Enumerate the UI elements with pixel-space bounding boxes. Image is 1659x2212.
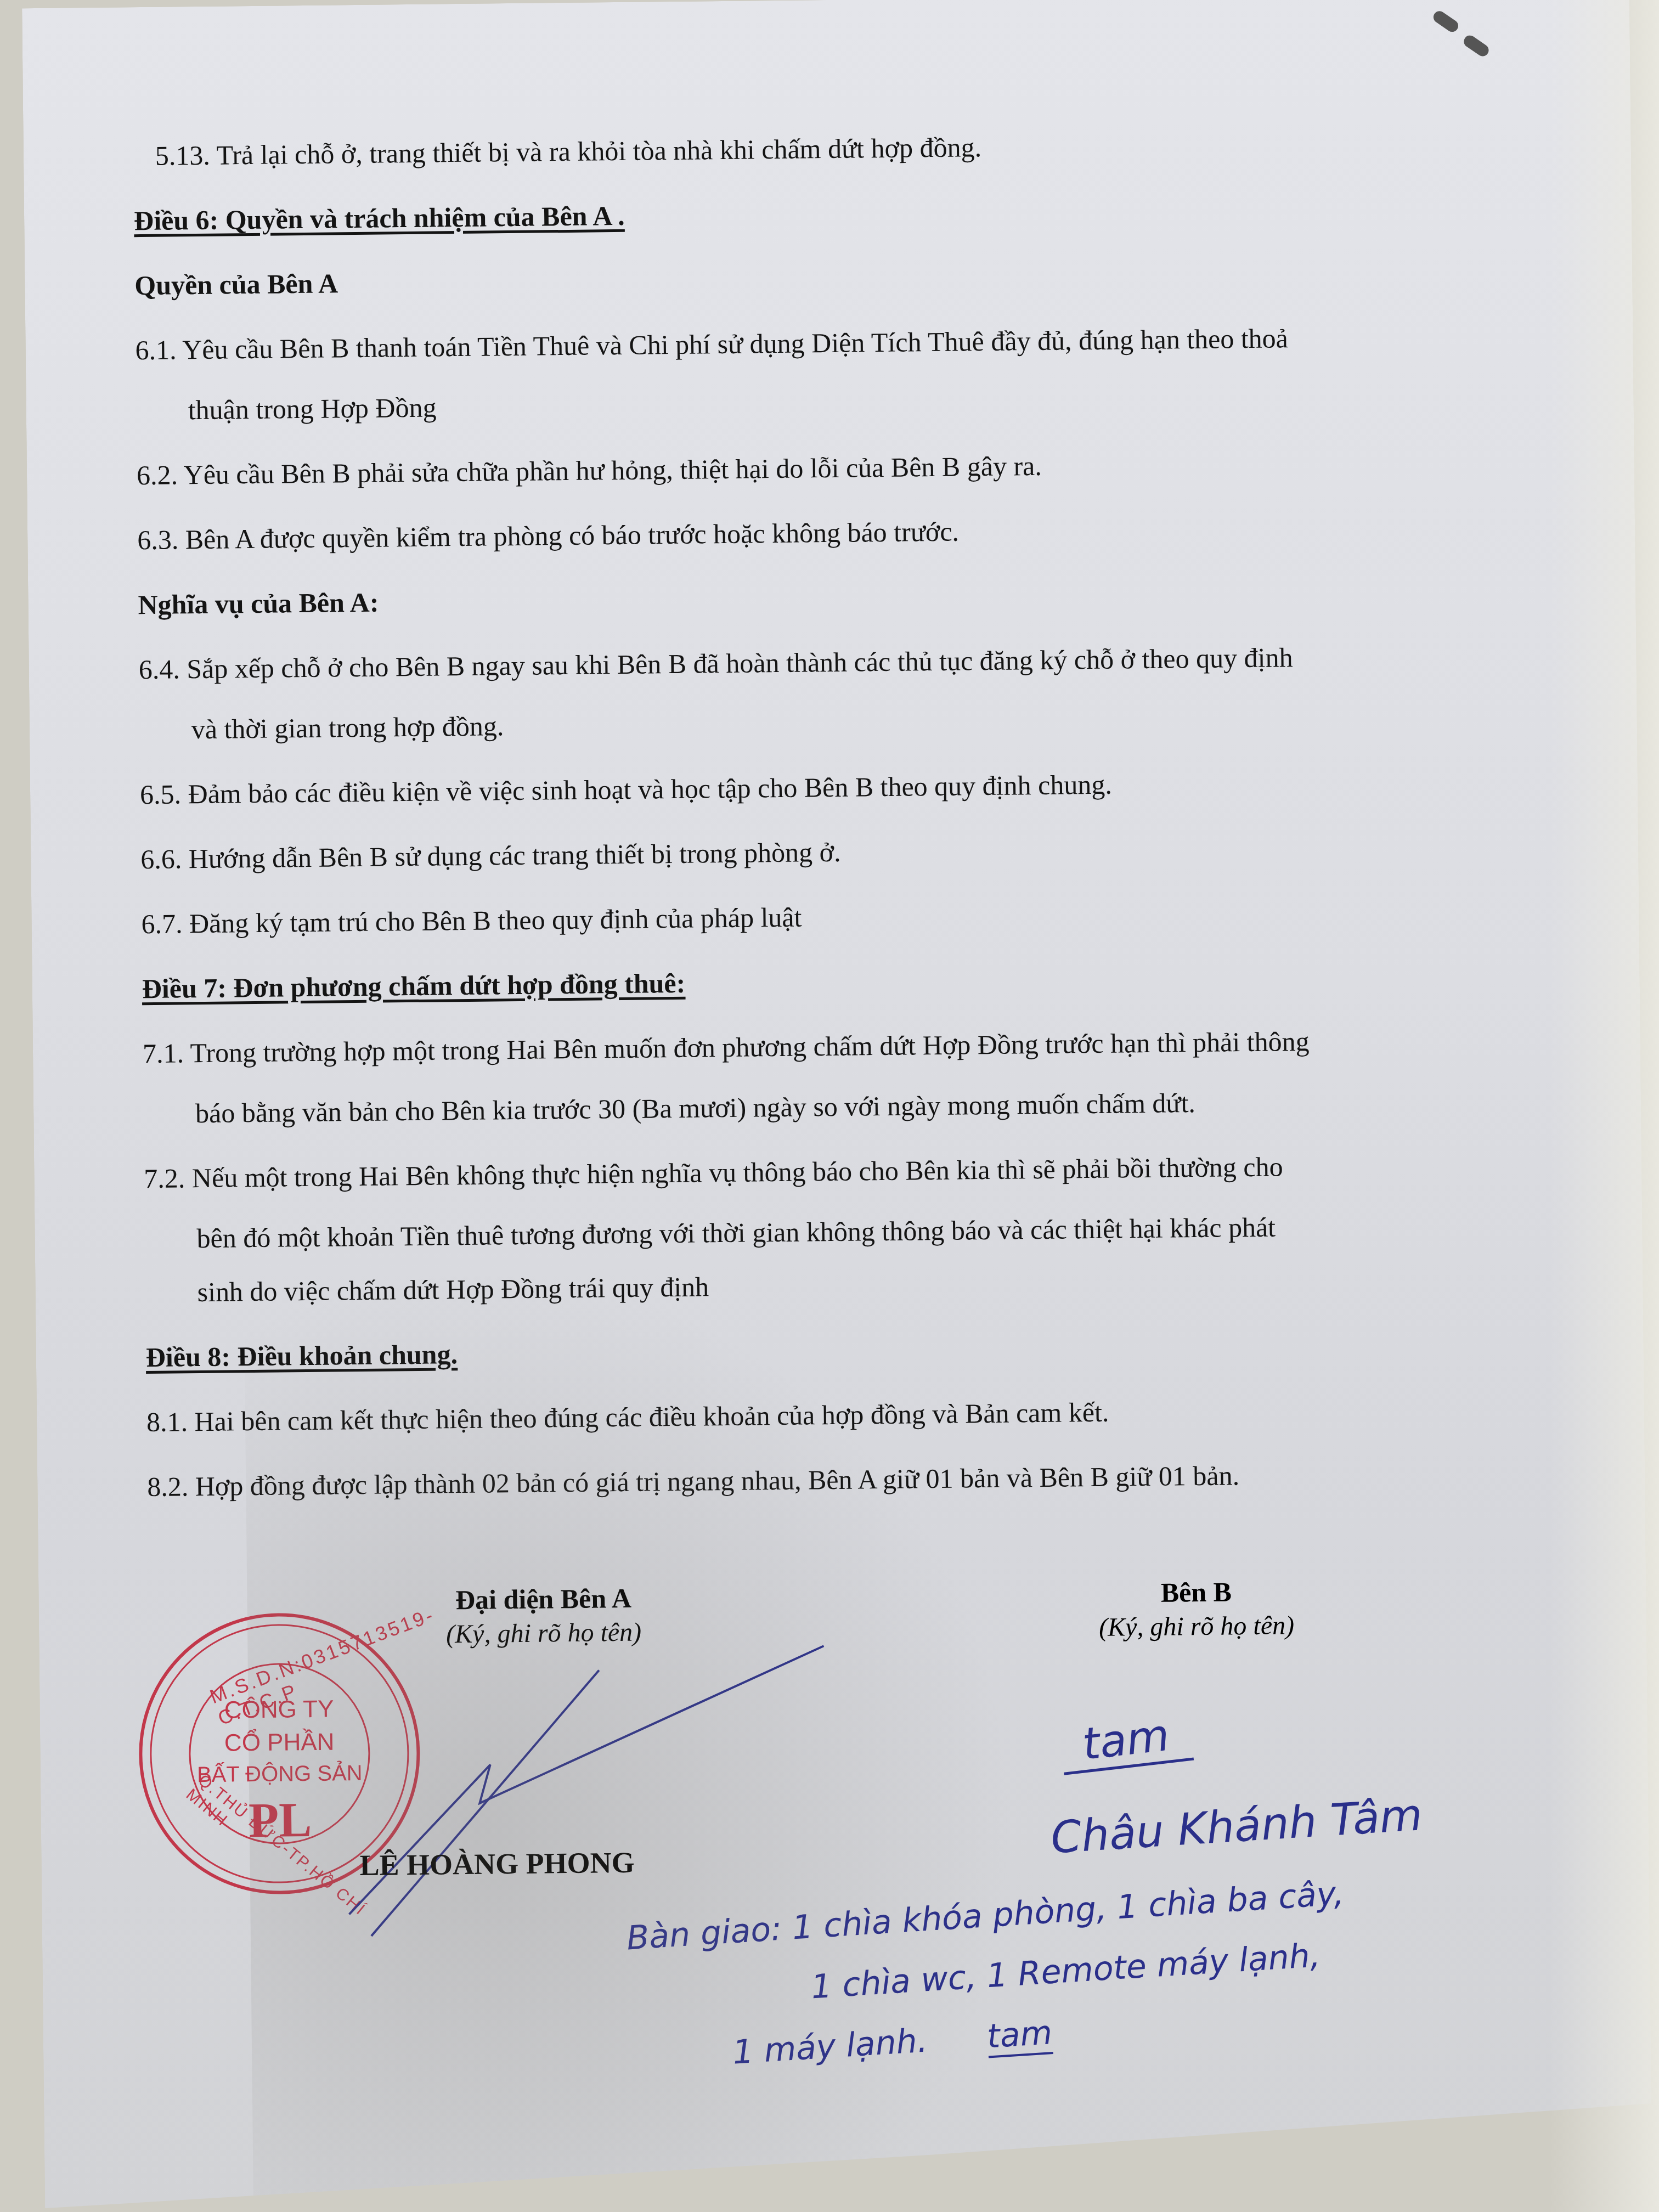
article-7-heading: Điều 7: Đơn phương chấm dứt hợp đồng thu… [142,957,1514,1006]
clause-5-13: 5.13. Trả lại chỗ ở, trang thiết bị và r… [133,125,1505,173]
staple-mark [1462,33,1491,58]
document-page: 5.13. Trả lại chỗ ở, trang thiết bị và r… [22,0,1652,2208]
handover-initial: tam [986,2013,1053,2058]
clause-6-4: 6.4. Sắp xếp chỗ ở cho Bên B ngay sau kh… [138,638,1511,747]
clause-6-6: 6.6. Hướng dẫn Bên B sử dụng các trang t… [140,828,1513,876]
article-8-heading: Điều 8: Điều khoản chung. [146,1326,1518,1374]
clause-6-2: 6.2. Yêu cầu Bên B phải sửa chữa phần hư… [137,444,1509,492]
contract-body: 5.13. Trả lại chỗ ở, trang thiết bị và r… [133,125,1520,1534]
clause-8-2: 8.2. Hợp đồng được lập thành 02 bản có g… [147,1455,1519,1504]
clause-7-2: 7.2. Nếu một trong Hai Bên không thực hi… [144,1147,1517,1310]
clause-6-3: 6.3. Bên A được quyền kiểm tra phòng có … [137,509,1509,557]
party-b-note: (Ký, ghi rõ họ tên) [1059,1610,1334,1643]
background-edge [1549,0,1659,2212]
clause-6-5: 6.5. Đảm bảo các điều kiện về việc sinh … [140,763,1512,811]
clause-8-1: 8.1. Hai bên cam kết thực hiện theo đúng… [146,1391,1519,1439]
clause-6-1: 6.1. Yêu cầu Bên B thanh toán Tiền Thuê … [135,319,1508,427]
clause-7-1: 7.1. Trong trường hợp một trong Hai Bên … [143,1022,1515,1131]
party-b-signature-block: Bên B (Ký, ghi rõ họ tên) [1059,1575,1334,1643]
party-a-name: LÊ HOÀNG PHONG [359,1846,635,1882]
article-6-heading: Điều 6: Quyền và trách nhiệm của Bên A . [134,189,1506,238]
signature-section: Đại diện Bên A (Ký, ghi rõ họ tên) M.S.D… [148,1572,1579,2081]
party-b-handwritten-name: Châu Khánh Tâm [1049,1789,1424,1863]
staple-mark [1431,9,1461,34]
rights-heading: Quyền của Bên A [134,254,1506,302]
clause-6-7: 6.7. Đăng ký tạm trú cho Bên B theo quy … [141,893,1513,941]
party-b-title: Bên B [1059,1575,1334,1609]
party-b-signature: tam [1058,1707,1194,1775]
duties-heading: Nghĩa vụ của Bên A: [138,573,1510,622]
